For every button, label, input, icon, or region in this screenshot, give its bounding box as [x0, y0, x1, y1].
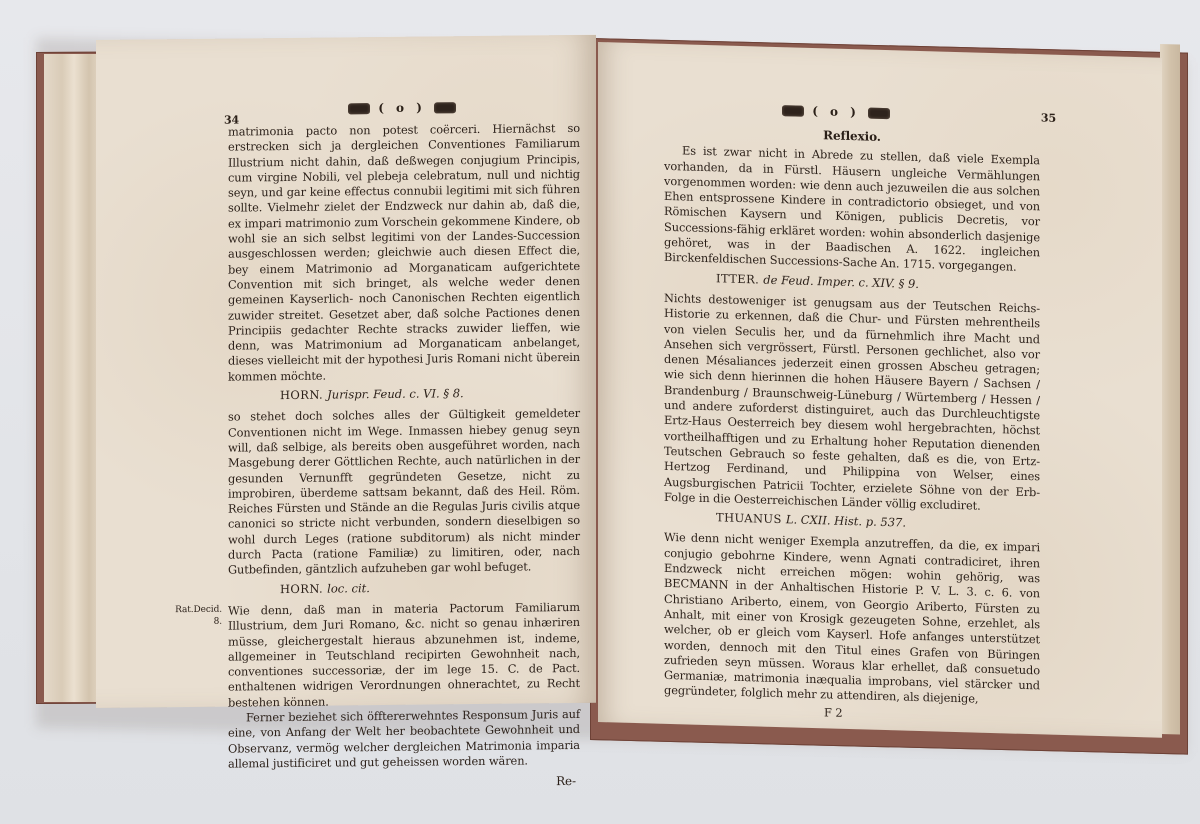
citation-author: ITTER.	[716, 271, 759, 286]
ornament-text: ( o )	[378, 101, 426, 115]
ornament-icon	[868, 108, 890, 120]
left-page-text: 34 ( o ) matrimonia pacto non potest coë…	[228, 99, 580, 793]
page-stack-right	[1160, 44, 1180, 734]
running-head-left: 34 ( o )	[228, 99, 580, 125]
citation-source: Jurispr. Feud. c. VI. § 8.	[327, 386, 464, 401]
photo-scene: 34 ( o ) matrimonia pacto non potest coë…	[0, 0, 1200, 824]
paragraph: so stehet doch solches alles der Gültigk…	[228, 406, 580, 578]
citation-source: L. CXII. Hist. p. 537.	[786, 512, 906, 529]
citation-author: HORN.	[280, 581, 323, 595]
page-stack-left	[44, 54, 104, 702]
paragraph: Wie denn, daß man in materia Pactorum Fa…	[228, 600, 580, 711]
left-page: 34 ( o ) matrimonia pacto non potest coë…	[96, 35, 596, 708]
paragraph: Ferner beziehet sich öfftererwehntes Res…	[228, 707, 580, 772]
ornament-text: ( o )	[812, 104, 860, 119]
ornament-icon	[348, 103, 370, 114]
citation-source: de Feud. Imper. c. XIV. § 9.	[763, 272, 919, 290]
page-number: 35	[1041, 110, 1056, 126]
paragraph-with-margin-note: Rat.Decid. 8. Wie denn, daß man in mater…	[228, 600, 580, 711]
paragraph: matrimonia pacto non potest coërceri. Hi…	[228, 121, 580, 385]
citation-source: loc. cit.	[327, 581, 370, 595]
catchword: Re-	[228, 774, 580, 793]
page-number: 34	[224, 113, 239, 128]
header-ornament: ( o )	[348, 100, 456, 116]
paragraph: Es ist zwar nicht in Abrede zu stellen, …	[664, 143, 1040, 276]
margin-note: Rat.Decid. 8.	[168, 604, 222, 629]
header-ornament: ( o )	[782, 103, 890, 121]
citation: HORN. loc. cit.	[228, 579, 580, 598]
paragraph: Nichts destoweniger ist genugsam aus der…	[664, 291, 1040, 516]
ornament-icon	[782, 105, 804, 117]
right-page: ( o ) 35 Reflexio. Es ist zwar nicht in …	[598, 42, 1162, 738]
ornament-icon	[434, 102, 456, 113]
citation-author: THUANUS	[716, 510, 782, 526]
paragraph: Wie denn nicht weniger Exempla anzutreff…	[664, 530, 1040, 709]
signature-mark: F 2	[824, 705, 842, 721]
citation-author: HORN.	[280, 388, 323, 402]
right-page-text: ( o ) 35 Reflexio. Es ist zwar nicht in …	[664, 100, 1040, 729]
citation: HORN. Jurispr. Feud. c. VI. § 8.	[228, 385, 580, 404]
